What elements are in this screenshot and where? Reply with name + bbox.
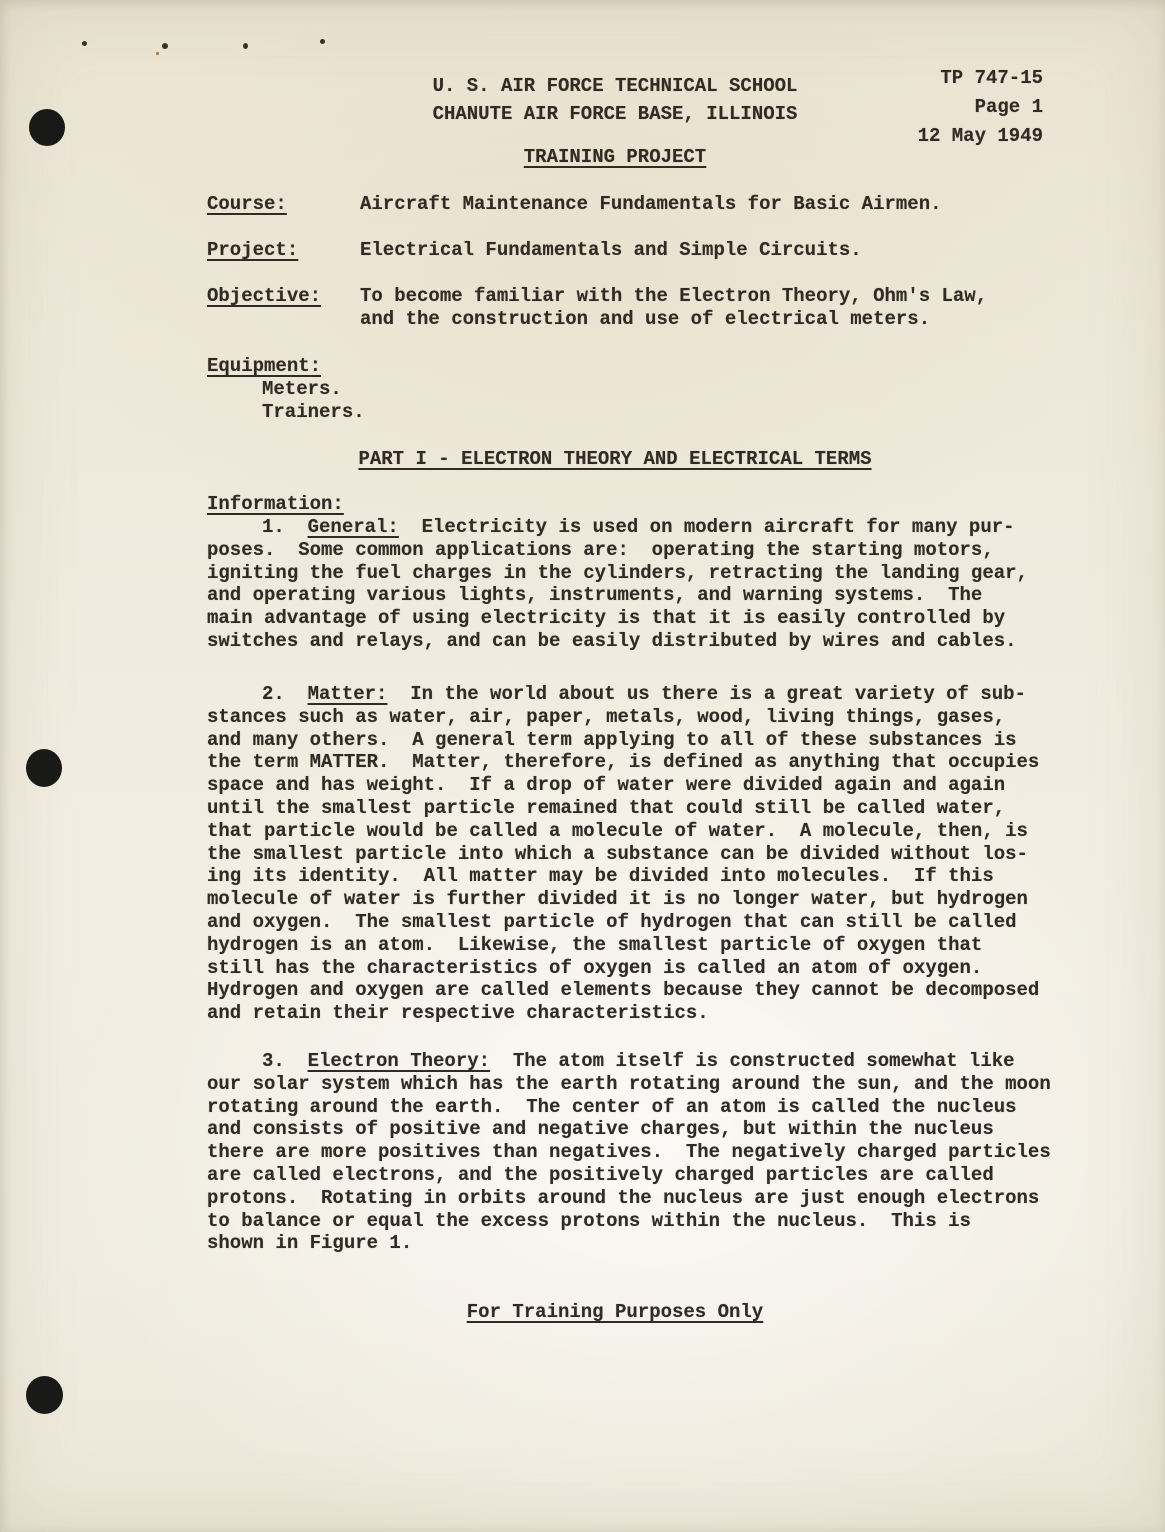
course-value: Aircraft Maintenance Fundamentals for Ba… (360, 193, 942, 216)
part-heading-band: PART I - ELECTRON THEORY AND ELECTRICAL … (190, 448, 1040, 470)
project-row-label-wrap: Project: (207, 239, 298, 261)
scanned-document-page: U. S. AIR FORCE TECHNICAL SCHOOL CHANUTE… (0, 0, 1165, 1532)
objective-row-label-wrap: Objective: (207, 285, 321, 307)
course-row-label-wrap: Course: (207, 193, 287, 215)
paragraph-heading: Electron Theory: (308, 1050, 490, 1072)
document-title: TRAINING PROJECT (524, 146, 706, 168)
information-label: Information: (207, 493, 344, 515)
document-title-band: TRAINING PROJECT (190, 146, 1040, 168)
doc-number: TP 747-15 (918, 64, 1043, 93)
objective-value: To become familiar with the Electron The… (360, 285, 987, 331)
equipment-label: Equipment: (207, 355, 321, 377)
scan-speck (243, 43, 248, 49)
paragraph-general: 1. General: Electricity is used on moder… (207, 516, 1028, 653)
paragraph-electron-theory: 3. Electron Theory: The atom itself is c… (207, 1050, 1051, 1255)
paragraph-number: 1. (262, 516, 308, 538)
paragraph-heading: Matter: (308, 683, 388, 705)
paragraph-number: 3. (262, 1050, 308, 1072)
project-label: Project: (207, 239, 298, 261)
header-school-block: U. S. AIR FORCE TECHNICAL SCHOOL CHANUTE… (190, 72, 1040, 128)
paragraph-body: In the world about us there is a great v… (207, 683, 1039, 1024)
punch-hole-top (29, 109, 65, 146)
scan-speck (156, 52, 159, 55)
part-heading: PART I - ELECTRON THEORY AND ELECTRICAL … (358, 448, 871, 470)
header-school-line2: CHANUTE AIR FORCE BASE, ILLINOIS (190, 100, 1040, 128)
information-label-wrap: Information: (207, 493, 344, 515)
paragraph-body: The atom itself is constructed somewhat … (207, 1050, 1051, 1254)
footer-notice: For Training Purposes Only (467, 1301, 763, 1323)
course-label: Course: (207, 193, 287, 215)
equipment-label-wrap: Equipment: (207, 355, 321, 377)
paragraph-heading: General: (308, 516, 399, 538)
punch-hole-middle (26, 749, 62, 787)
scan-speck (320, 39, 325, 44)
paragraph-matter: 2. Matter: In the world about us there i… (207, 683, 1039, 1025)
punch-hole-bottom (26, 1376, 63, 1414)
equipment-item: Meters. (262, 378, 365, 401)
equipment-item: Trainers. (262, 401, 365, 424)
paragraph-number: 2. (262, 683, 308, 705)
equipment-items: Meters. Trainers. (262, 378, 365, 424)
header-school-line1: U. S. AIR FORCE TECHNICAL SCHOOL (190, 72, 1040, 100)
scan-speck (82, 41, 87, 46)
footer-band: For Training Purposes Only (190, 1301, 1040, 1323)
page-number: Page 1 (918, 93, 1043, 122)
scan-speck (162, 43, 168, 49)
header-doc-info: TP 747-15 Page 1 12 May 1949 (918, 64, 1043, 151)
objective-label: Objective: (207, 285, 321, 307)
project-value: Electrical Fundamentals and Simple Circu… (360, 239, 862, 262)
